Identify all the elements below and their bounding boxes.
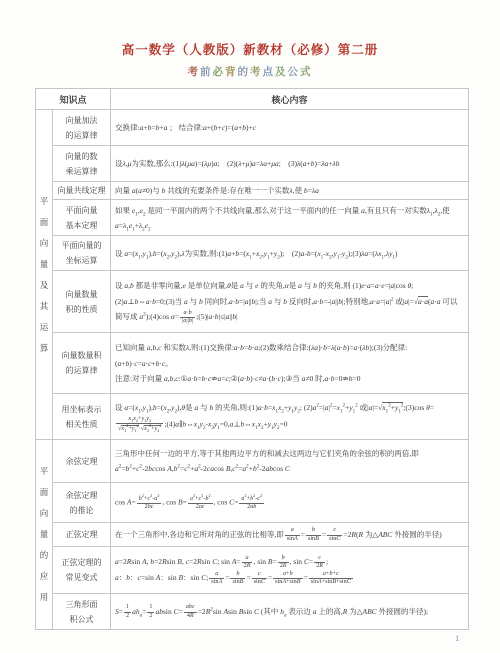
- row-label: 用坐标表示相关性质: [53, 394, 111, 440]
- page-subtitle: 考前必背的考点及公式: [0, 64, 500, 79]
- table-row: 向量数量积的运算律 已知向量 a,b,c 和实数λ,则:(1)交换律:a·b=b…: [36, 333, 469, 394]
- table-row: 平面向量的应用 余弦定理 三角形中任何一边的平方,等于其他两边平方的和减去这两边…: [36, 440, 469, 483]
- page-title: 高一数学（人教版）新教材（必修）第二册: [0, 40, 500, 58]
- row-label: 向量数量积的性质: [53, 271, 111, 333]
- row-content: a=2Rsin A, b=2Rsin B, c=2Rsin C; sin A=a…: [111, 547, 469, 594]
- table-header-row: 知识点 核心内容: [36, 89, 469, 110]
- table-row: 平面向量的坐标运算 设 a=(x1,y1),b=(x2,y2),λ为实数,则:(…: [36, 236, 469, 271]
- formula-table: 知识点 核心内容 平面向量及其运算 向量加法的运算律 交换律:a+b=b+a ；…: [35, 88, 469, 630]
- section-label-vector-applications: 平面向量的应用: [36, 440, 53, 630]
- row-content: 设 a=(x1,y1),b=(x2,y2),θ是 a 与 b 的夹角,则:(1)…: [111, 394, 469, 440]
- table-row: 向量共线定理 向量 a(a≠0)与 b 共线的充要条件是:存在唯一一个实数λ,使…: [36, 182, 469, 200]
- row-content: 向量 a(a≠0)与 b 共线的充要条件是:存在唯一一个实数λ,使 b=λa: [111, 182, 469, 200]
- table-row: 三角形面积公式 S=12aha=12absin C=abc4R=2R2sin A…: [36, 594, 469, 630]
- table-row: 向量数量积的性质 设 a,b 都是非零向量,e 是单位向量,θ是 a 与 e 的…: [36, 271, 469, 333]
- row-content: S=12aha=12absin C=abc4R=2R2sin Asin Bsin…: [111, 594, 469, 630]
- row-label: 向量共线定理: [53, 182, 111, 200]
- header-core-content: 核心内容: [111, 89, 469, 110]
- row-label: 正弦定理: [53, 523, 111, 547]
- row-content: 已知向量 a,b,c 和实数λ,则:(1)交换律:a·b=b·a;(2)数乘结合…: [111, 333, 469, 394]
- table-row: 平面向量基本定理 如果 e1,e2 是同一平面内的两个不共线向量,那么对于这一平…: [36, 200, 469, 236]
- header-knowledge-point: 知识点: [36, 89, 111, 110]
- row-content: 交换律:a+b=b+a ； 结合律:a+(b+c)=(a+b)+c: [111, 110, 469, 146]
- row-label: 向量的数乘运算律: [53, 146, 111, 182]
- row-label: 三角形面积公式: [53, 594, 111, 630]
- table-row: 用坐标表示相关性质 设 a=(x1,y1),b=(x2,y2),θ是 a 与 b…: [36, 394, 469, 440]
- table-row: 正弦定理的常见变式 a=2Rsin A, b=2Rsin B, c=2Rsin …: [36, 547, 469, 594]
- row-content: 如果 e1,e2 是同一平面内的两个不共线向量,那么对于这一平面内的任一向量 a…: [111, 200, 469, 236]
- section-label-vector-operations: 平面向量及其运算: [36, 110, 53, 440]
- row-label: 正弦定理的常见变式: [53, 547, 111, 594]
- table-row: 余弦定理的推论 cos A=b2+c2-a22bc, cos B=a2+c2-b…: [36, 483, 469, 523]
- row-label: 平面向量的坐标运算: [53, 236, 111, 271]
- row-content: 设λ,μ为实数,那么:(1)λ(μa)=(λμ)a; (2)(λ+μ)a=λa+…: [111, 146, 469, 182]
- row-content: 设 a=(x1,y1),b=(x2,y2),λ为实数,则:(1)a+b=(x1+…: [111, 236, 469, 271]
- row-content: 设 a,b 都是非零向量,e 是单位向量,θ是 a 与 e 的夹角,α是 a 与…: [111, 271, 469, 333]
- table-row: 平面向量及其运算 向量加法的运算律 交换律:a+b=b+a ； 结合律:a+(b…: [36, 110, 469, 146]
- row-content: 三角形中任何一边的平方,等于其他两边平方的和减去这两边与它们夹角的余弦的积的两倍…: [111, 440, 469, 483]
- row-label: 余弦定理的推论: [53, 483, 111, 523]
- row-label: 向量数量积的运算律: [53, 333, 111, 394]
- row-content: 在一个三角形中,各边和它所对角的正弦的比相等,即asinA=bsinB=csin…: [111, 523, 469, 547]
- page-number: 1: [455, 633, 459, 643]
- row-content: cos A=b2+c2-a22bc, cos B=a2+c2-b22ac, co…: [111, 483, 469, 523]
- document-page: 高一数学（人教版）新教材（必修）第二册 考前必背的考点及公式 知识点 核心内容 …: [0, 0, 500, 653]
- row-label: 向量加法的运算律: [53, 110, 111, 146]
- row-label: 平面向量基本定理: [53, 200, 111, 236]
- table-row: 正弦定理 在一个三角形中,各边和它所对角的正弦的比相等,即asinA=bsinB…: [36, 523, 469, 547]
- row-label: 余弦定理: [53, 440, 111, 483]
- table-row: 向量的数乘运算律 设λ,μ为实数,那么:(1)λ(μa)=(λμ)a; (2)(…: [36, 146, 469, 182]
